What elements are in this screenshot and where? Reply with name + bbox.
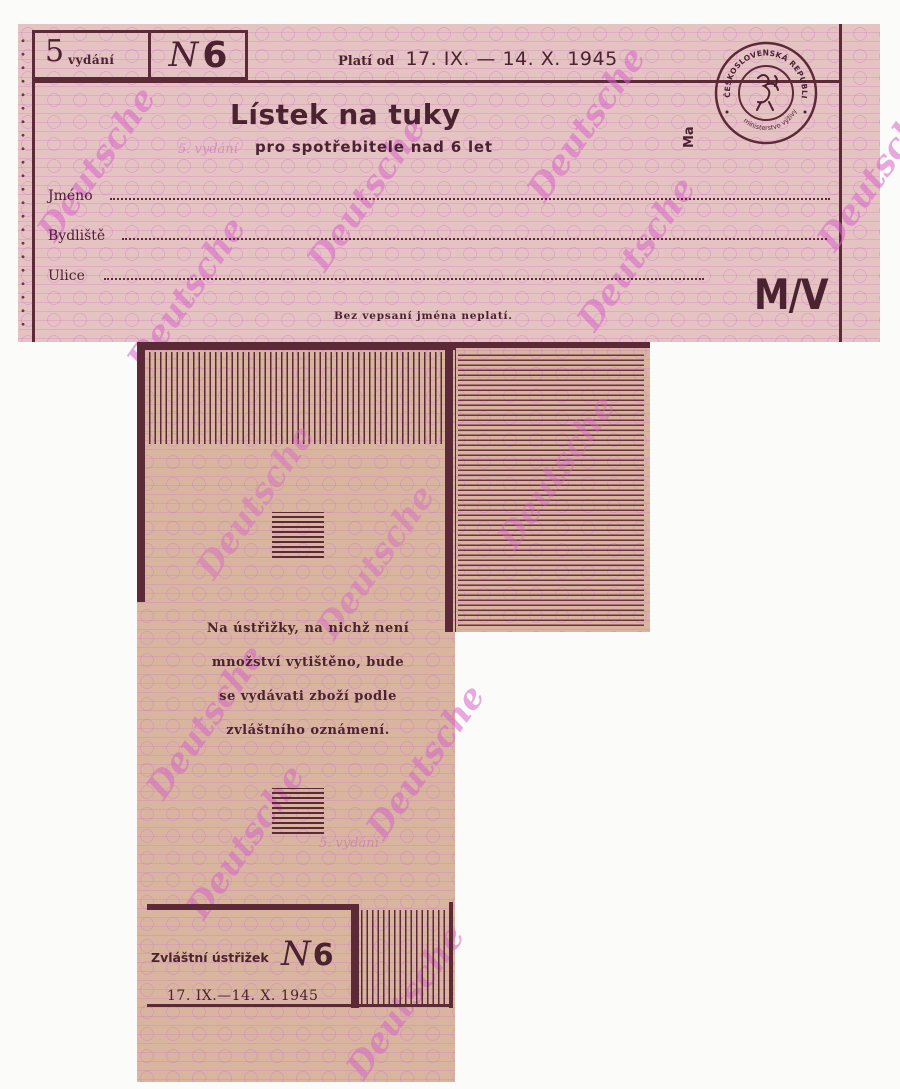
street-field[interactable]: Ulice [48, 268, 704, 284]
special-stub-digit: 6 [313, 938, 334, 973]
instruction-line: Na ústřižky, na nichž není [177, 612, 439, 646]
special-stub-dates: 17. IX.—14. X. 1945 [167, 988, 318, 1004]
faint-edition-mark: 5. vydání [319, 836, 379, 851]
stub-top-border [147, 904, 357, 910]
main-coupon: Deutsche Deutsche Deutsche Deutsche Deut… [137, 342, 455, 1082]
name-field[interactable]: Jméno [48, 188, 830, 204]
name-input-line[interactable] [110, 198, 830, 200]
watermark: Deutsche [30, 80, 165, 249]
side-coupon-top-border [448, 342, 650, 348]
street-input-line[interactable] [104, 278, 704, 280]
special-stub-label: Zvláštní ústřižek [151, 950, 269, 965]
series-code-box: N 6 [148, 30, 248, 80]
perforation-edge [20, 34, 26, 334]
residence-field[interactable]: Bydliště [48, 228, 827, 244]
coupon-top-border [137, 342, 455, 350]
instruction-line: zvláštního oznámení. [177, 714, 439, 748]
card-title: Lístek na tuky [230, 98, 461, 131]
frame-right-line [839, 24, 842, 342]
name-label: Jméno [48, 188, 110, 204]
validity-period: Platí od 17. IX. — 14. X. 1945 [338, 48, 618, 70]
validity-prefix: Platí od [338, 54, 394, 69]
side-coupon: Deutsche [448, 342, 650, 632]
special-stub-code: N 6 [281, 934, 334, 974]
ration-card-header: Deutsche Deutsche Deutsche Deutsche Deut… [18, 24, 880, 342]
instruction-line: se vydávati zboží podle [177, 680, 439, 714]
residence-label: Bydliště [48, 228, 110, 244]
seal-outer-text: ČESKOSLOVENSKÁ REPUBLIKA [713, 40, 809, 99]
edition-number: 5 [45, 37, 64, 67]
stub-stripes [361, 910, 449, 1004]
side-coupon-stripes [458, 352, 644, 626]
coupon-top-stripes [149, 352, 445, 444]
validity-note: Bez vepsaní jména neplatí. [334, 310, 513, 322]
faint-edition-mark: 5. vydání [178, 142, 238, 157]
edition-label: vydání [68, 53, 114, 67]
ministry-seal-icon: ČESKOSLOVENSKÁ REPUBLIKA ministerstvo vý… [713, 40, 819, 146]
stub-outer-border [449, 902, 453, 1008]
mini-stripe-block [272, 788, 324, 834]
instruction-line: množství vytištěno, bude [177, 646, 439, 680]
validity-dates: 17. IX. — 14. X. 1945 [405, 48, 617, 70]
coupon-left-border [137, 342, 145, 602]
side-mark: Ma [682, 126, 697, 148]
svg-text:ČESKOSLOVENSKÁ REPUBLIKA: ČESKOSLOVENSKÁ REPUBLIKA [713, 40, 809, 99]
edition-box: 5 vydání [32, 30, 148, 80]
special-stub-letter: N [281, 934, 311, 974]
coupon-right-border [445, 342, 453, 632]
card-subtitle: pro spotřebitele nad 6 let [255, 138, 493, 156]
watermark: Deutsche [179, 758, 314, 927]
series-letter: N [169, 35, 199, 75]
category-code: M/V [754, 270, 828, 319]
stub-bottom-border [147, 1004, 453, 1007]
stub-right-border [351, 904, 359, 1008]
street-label: Ulice [48, 268, 110, 284]
series-digit: 6 [202, 35, 227, 76]
mini-stripe-block [272, 512, 324, 558]
coupon-instructions: Na ústřižky, na nichž není množství vyti… [177, 612, 439, 748]
residence-input-line[interactable] [122, 238, 827, 240]
